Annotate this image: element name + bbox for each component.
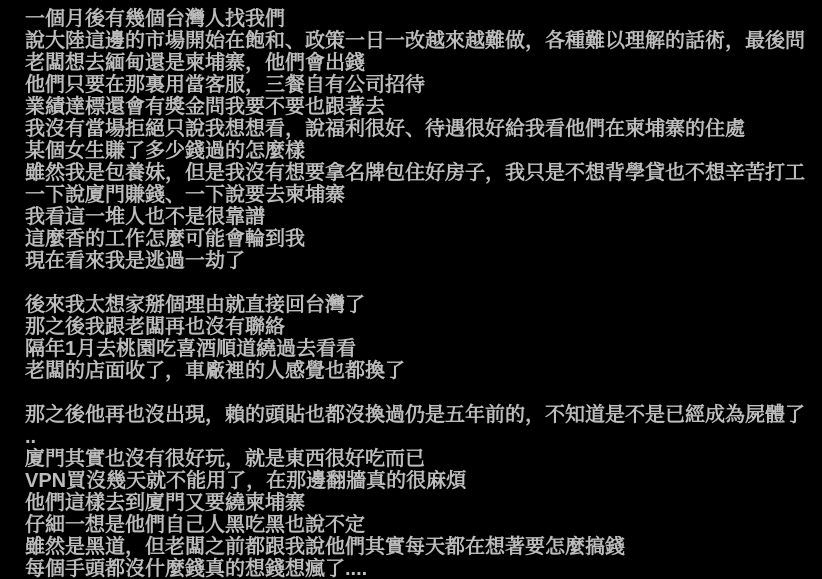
text-line xyxy=(25,272,822,294)
text-line: 仔細一想是他們自己人黑吃黑也說不定 xyxy=(25,514,822,536)
text-line: 雖然是黑道，但老闆之前都跟我說他們其實每天都在想著要怎麼搞錢 xyxy=(25,536,822,558)
text-line: 老闆的店面收了，車廠裡的人感覺也都換了 xyxy=(25,360,822,382)
text-line: 老闆想去緬甸還是柬埔寨，他們會出錢 xyxy=(25,52,822,74)
text-line: 他們這樣去到廈門又要繞柬埔寨 xyxy=(25,492,822,514)
text-line: 他們只要在那裏用當客服，三餐自有公司招待 xyxy=(25,74,822,96)
text-line: 每個手頭都沒什麼錢真的想錢想瘋了.... xyxy=(25,558,822,579)
text-line: 廈門其實也沒有很好玩，就是東西很好吃而已 xyxy=(25,448,822,470)
text-line: 一個月後有幾個台灣人找我們 xyxy=(25,8,822,30)
text-line: 這麼香的工作怎麼可能會輪到我 xyxy=(25,228,822,250)
text-line: VPN買沒幾天就不能用了，在那邊翻牆真的很麻煩 xyxy=(25,470,822,492)
text-line: 一下說廈門賺錢、一下說要去柬埔寨 xyxy=(25,184,822,206)
text-line: .. xyxy=(25,426,822,448)
text-line xyxy=(25,382,822,404)
text-line: 我看這一堆人也不是很靠譜 xyxy=(25,206,822,228)
text-line: 雖然我是包養妹，但是我沒有想要拿名牌包住好房子，我只是不想背學貸也不想辛苦打工 xyxy=(25,162,822,184)
text-line: 我沒有當場拒絕只說我想想看，說福利很好、待遇很好給我看他們在柬埔寨的住處 xyxy=(25,118,822,140)
post-content: 一個月後有幾個台灣人找我們說大陸這邊的市場開始在飽和、政策一日一改越來越難做，各… xyxy=(0,0,822,579)
text-line: 隔年1月去桃園吃喜酒順道繞過去看看 xyxy=(25,338,822,360)
text-line: 那之後他再也沒出現，賴的頭貼也都沒換過仍是五年前的，不知道是不是已經成為屍體了 xyxy=(25,404,822,426)
text-line: 說大陸這邊的市場開始在飽和、政策一日一改越來越難做，各種難以理解的話術，最後問 xyxy=(25,30,822,52)
text-line: 那之後我跟老闆再也沒有聯絡 xyxy=(25,316,822,338)
text-line: 現在看來我是逃過一劫了 xyxy=(25,250,822,272)
text-line: 後來我太想家掰個理由就直接回台灣了 xyxy=(25,294,822,316)
text-line: 某個女生賺了多少錢過的怎麼樣 xyxy=(25,140,822,162)
text-line: 業績達標還會有獎金問我要不要也跟著去 xyxy=(25,96,822,118)
